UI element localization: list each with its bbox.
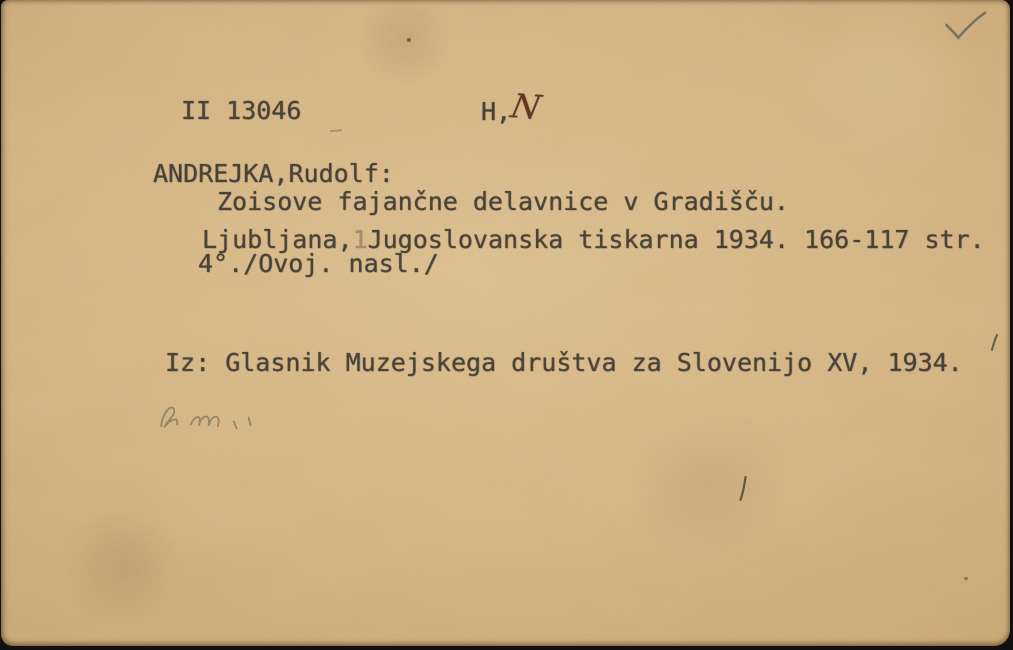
catalog-card: II 13046 H,N ANDREJKA,Rudolf: Zoisove fa… xyxy=(1,0,1010,646)
scan-background: { "card": { "call_number": "II 13046", "… xyxy=(0,0,1013,650)
imprint-rest: Jugoslovanska tiskarna 1934. 166-117 str… xyxy=(368,225,985,254)
faint-dash-mark xyxy=(330,130,342,131)
ink-speck xyxy=(407,38,411,42)
shelf-mark: H,N xyxy=(481,96,540,125)
ink-tick-icon xyxy=(741,477,746,500)
author-line: ANDREJKA,Rudolf: xyxy=(153,161,394,187)
source-note-line: Iz: Glasnik Muzejskega društva za Sloven… xyxy=(165,350,963,376)
pencil-checkmark-icon xyxy=(946,13,985,38)
handwritten-letter: N xyxy=(509,93,543,121)
title-line: Zoisove fajančne delavnice v Gradišču. xyxy=(217,189,789,215)
format-note-line: 4°./Ovoj. nasl./ xyxy=(198,251,439,277)
pencil-scribble-icon xyxy=(161,407,250,428)
shelf-mark-typed: H, xyxy=(481,97,511,126)
call-number: II 13046 xyxy=(181,98,301,124)
ink-tick-right-icon xyxy=(992,335,997,350)
paper-speck xyxy=(964,577,968,580)
